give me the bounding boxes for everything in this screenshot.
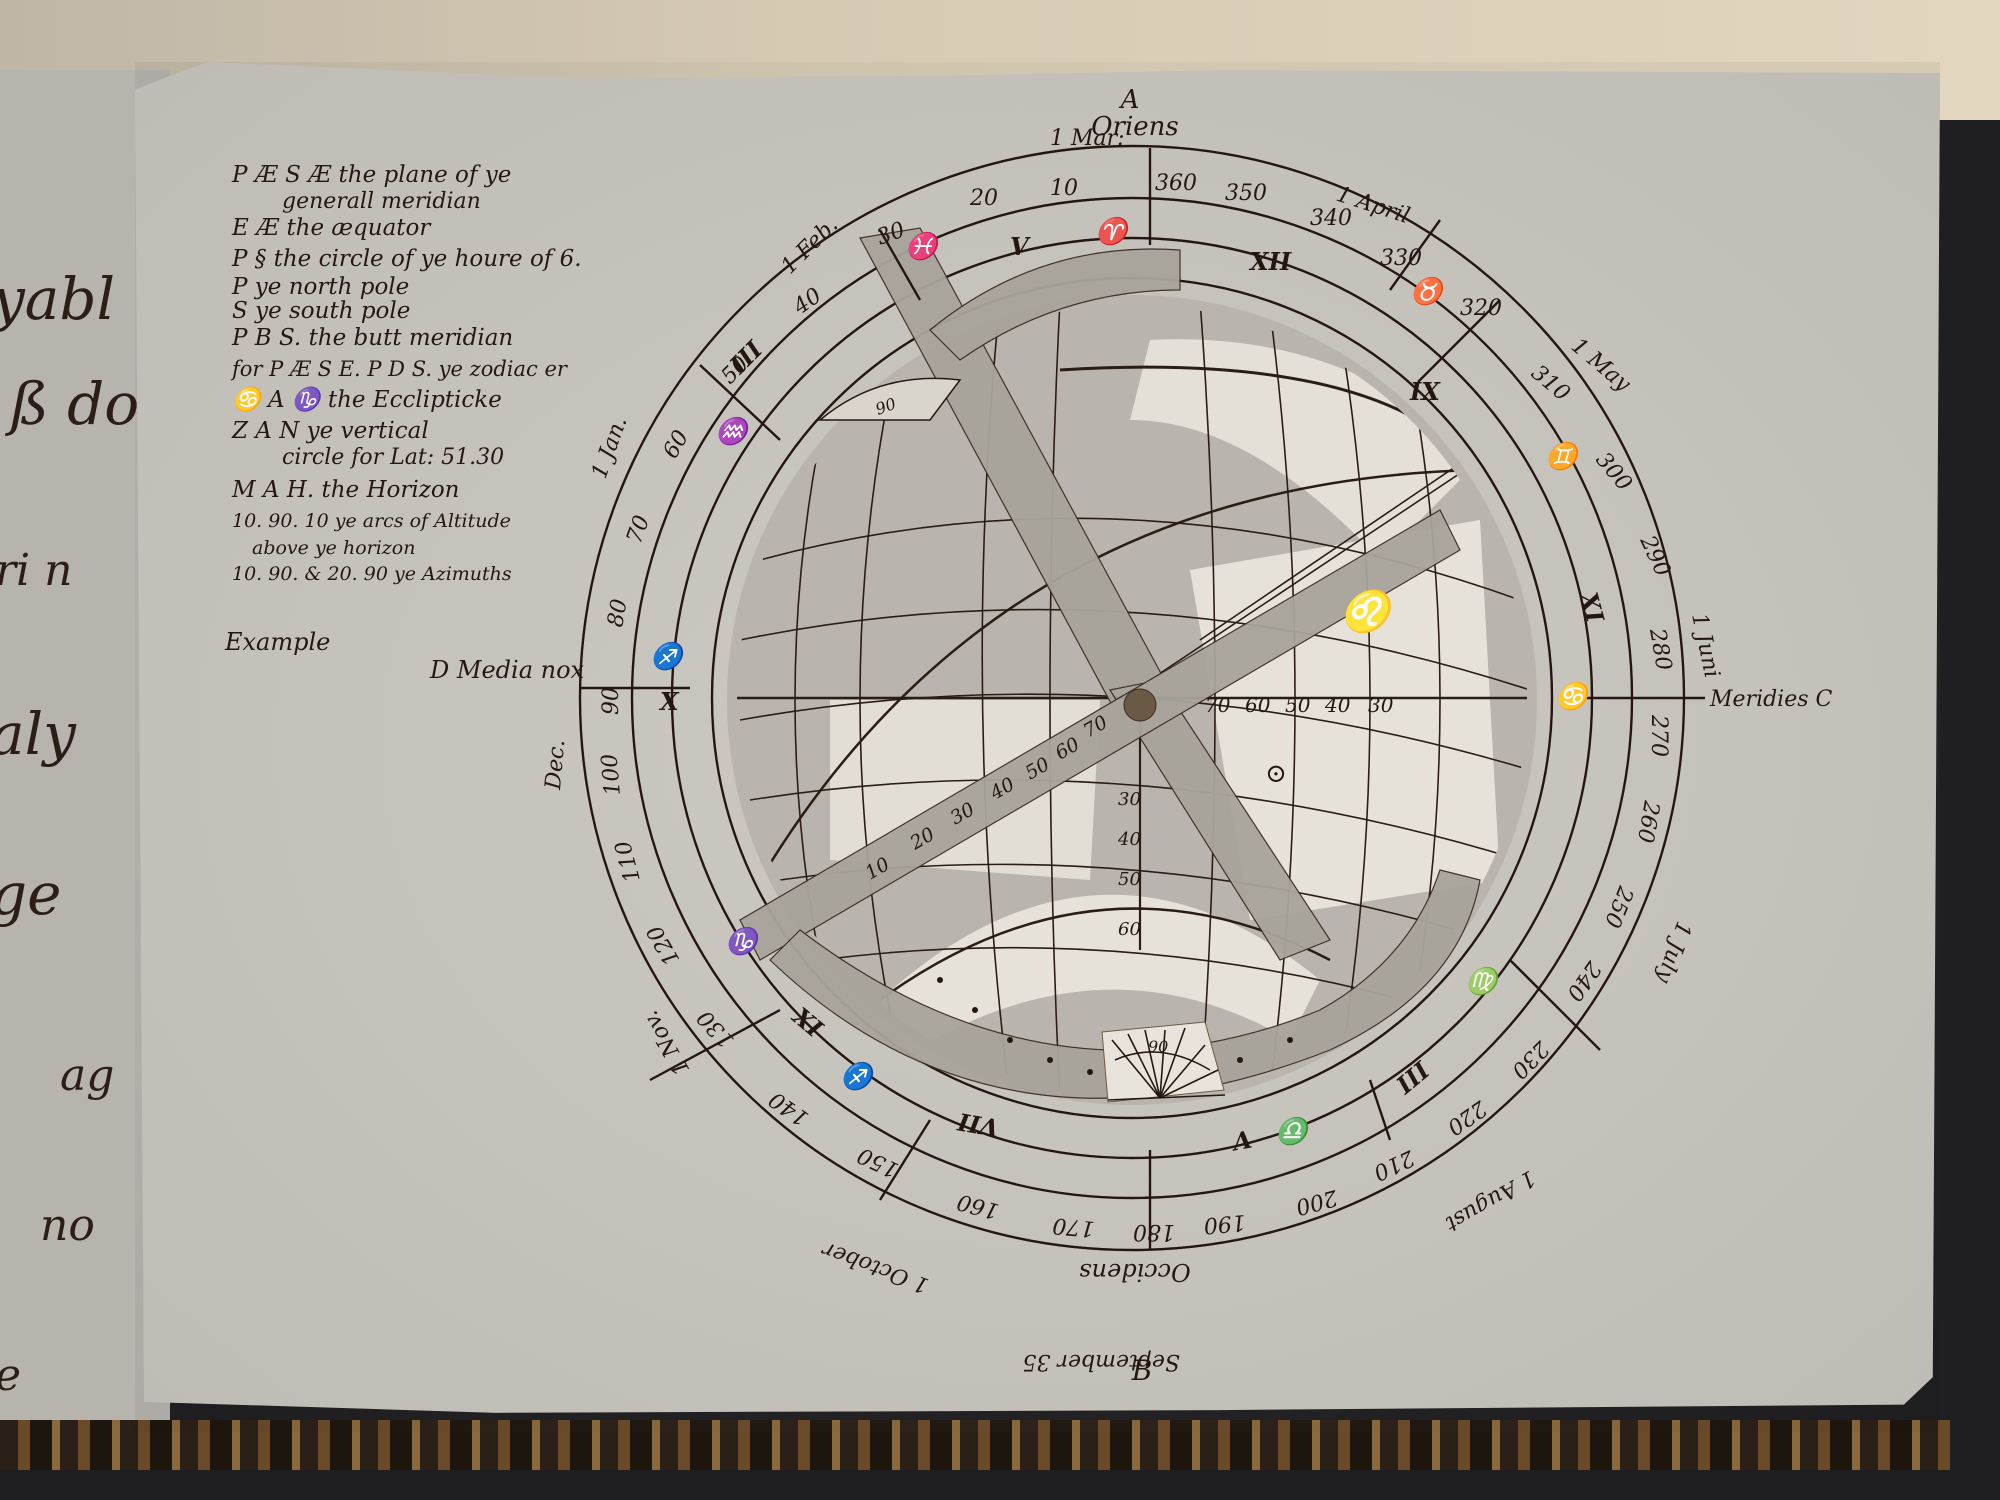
month-august-label: 1 August: [1441, 1165, 1540, 1236]
degree-label: 270: [1646, 714, 1671, 757]
vertical-scale-label: 30: [1118, 789, 1141, 810]
degree-label: 90: [599, 687, 624, 715]
hour-numeral: IX: [1409, 377, 1441, 406]
hour-numeral: V: [1010, 232, 1031, 261]
bottom-dial-label: 90: [1148, 1037, 1168, 1056]
zodiac-sign: ♐: [840, 1061, 877, 1092]
occidens-label: Occidens: [1079, 1258, 1191, 1286]
degree-label: 110: [611, 838, 646, 885]
point-a-label: A: [1119, 85, 1140, 115]
zodiac-sign-leo: ♌: [1340, 588, 1397, 635]
month-october-label: 1 October: [818, 1236, 932, 1298]
horizon-scale-label: 30: [1368, 693, 1394, 717]
month-mar-label: 1 Mar:: [1050, 126, 1125, 151]
degree-label: 70: [622, 512, 655, 547]
degree-label: 20: [969, 186, 998, 211]
degree-label: 200: [1293, 1184, 1341, 1219]
degree-label: 210: [1369, 1144, 1419, 1185]
vertical-scale-label: 40: [1117, 829, 1141, 850]
degree-label: 360: [1155, 171, 1197, 196]
astrolabe-diagram: A Oriens 1 Mar: 1 April 1 May 1 Juni 1 J…: [0, 0, 2000, 1500]
month-september-label: September 35: [1022, 1349, 1180, 1374]
degree-label: 300: [1590, 448, 1636, 496]
degree-label: 230: [1506, 1035, 1554, 1083]
month-july-label: 1 July: [1650, 918, 1695, 987]
month-june-label: 1 Juni: [1686, 611, 1724, 680]
zodiac-sign: ♉: [1410, 276, 1447, 307]
hour-numeral: IX: [786, 1000, 829, 1043]
zodiac-sign: ♎: [1275, 1116, 1312, 1147]
hour-numeral: X: [658, 687, 680, 716]
degree-label: 10: [1050, 176, 1078, 201]
media-nox-label: D Media nox: [430, 658, 584, 682]
pivot-hole: [1124, 689, 1156, 721]
small-dial-bottom: [1102, 1022, 1225, 1102]
month-may-label: 1 May: [1566, 333, 1635, 397]
degree-label: 160: [955, 1188, 1002, 1223]
degree-label: 250: [1599, 882, 1638, 931]
month-dec-label: Dec.: [541, 739, 570, 792]
degree-label: 150: [854, 1142, 903, 1182]
hour-numeral: XII: [1248, 247, 1292, 276]
horizon-scale-label: 50: [1285, 693, 1311, 717]
zodiac-sign: ♊: [1545, 441, 1582, 472]
month-jan-label: 1 Jan.: [587, 413, 632, 482]
point-b-label: B: [1131, 1354, 1153, 1387]
degree-label: 180: [1133, 1219, 1175, 1244]
degree-label: 240: [1561, 956, 1606, 1006]
degree-label: 120: [643, 921, 686, 970]
zodiac-sign: ♑: [725, 926, 762, 957]
zodiac-sign: ♒: [715, 416, 752, 447]
degree-label: 40: [788, 283, 826, 320]
horizon-scale-label: 60: [1245, 693, 1271, 717]
zodiac-sign: ♋: [1555, 681, 1592, 712]
horizon-scale-label: 70: [1205, 693, 1231, 717]
degree-label: 350: [1225, 181, 1267, 206]
degree-label: 130: [693, 1005, 740, 1053]
degree-label: 170: [1052, 1212, 1096, 1241]
sun-symbol: ⊙: [1265, 759, 1287, 789]
zodiac-sign: ♈: [1095, 216, 1132, 247]
horizon-scale-label: 40: [1324, 693, 1351, 717]
hour-numeral: III: [1390, 1055, 1436, 1100]
degree-label: 220: [1442, 1095, 1492, 1140]
degree-label: 260: [1632, 798, 1664, 845]
degree-label: 330: [1380, 246, 1422, 271]
degree-label: 190: [1203, 1209, 1247, 1238]
month-feb-label: 1 Feb.: [777, 213, 844, 280]
zodiac-sign: ♍: [1465, 966, 1502, 997]
degree-label: 80: [603, 597, 632, 629]
degree-label: 320: [1460, 296, 1502, 321]
vertical-scale-label: 50: [1118, 869, 1141, 890]
degree-label: 280: [1644, 626, 1676, 673]
zodiac-sign: ♓: [905, 231, 942, 262]
degree-label: 100: [597, 753, 626, 797]
vertical-scale-label: 60: [1118, 919, 1141, 940]
degree-label: 340: [1310, 206, 1352, 231]
degree-label: 60: [659, 426, 695, 463]
hour-numeral: V: [1228, 1124, 1254, 1156]
meridies-label: Meridies C: [1709, 687, 1833, 712]
zodiac-sign: ♐: [650, 641, 687, 672]
month-nov-label: 1 Nov.: [638, 1006, 695, 1079]
degree-label: 140: [765, 1086, 814, 1131]
hour-numeral: VII: [955, 1107, 1001, 1143]
